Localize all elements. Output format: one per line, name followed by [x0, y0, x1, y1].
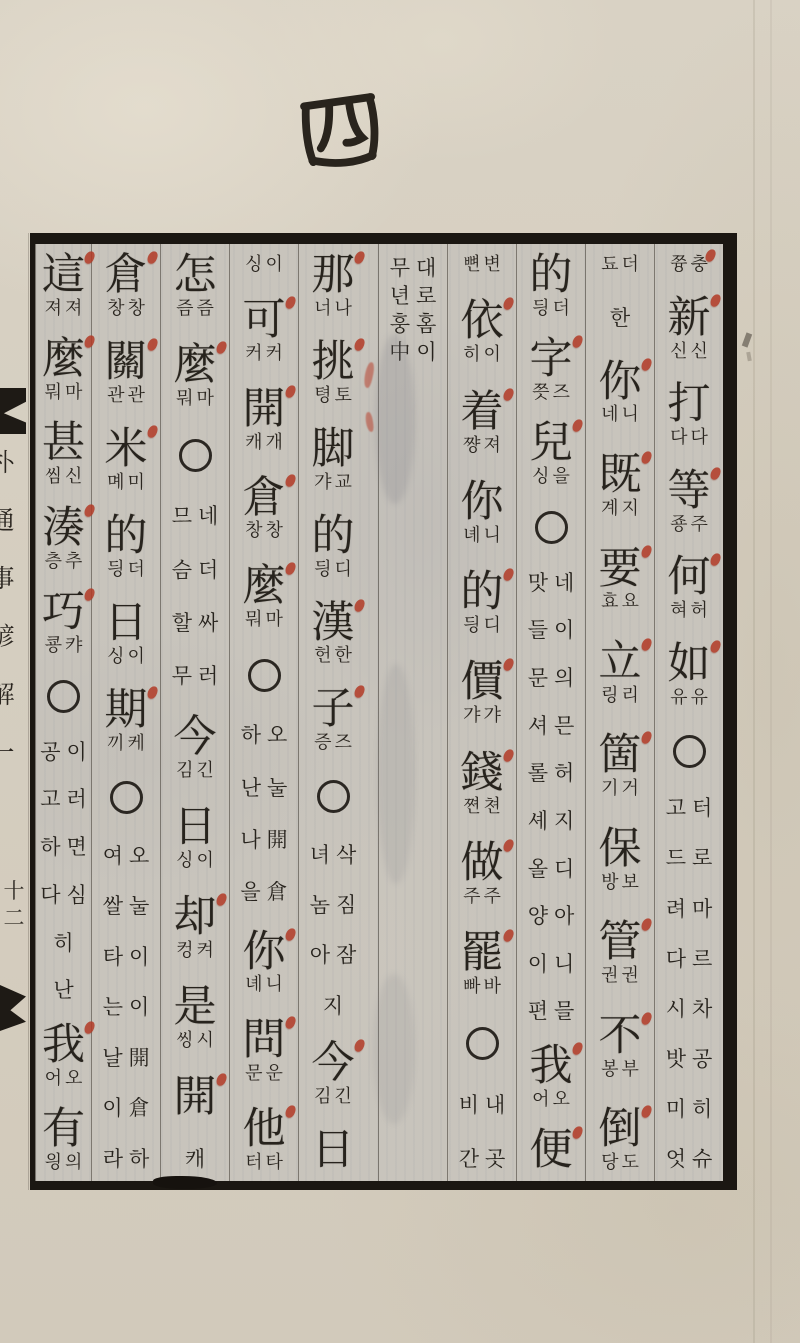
red-tone-mark	[640, 730, 653, 745]
hanzi-unit: 等죵주	[668, 470, 711, 535]
show-through-ghost	[375, 334, 415, 504]
hanzi-unit: 箇기거	[599, 734, 642, 799]
translation-pair: 하면	[40, 835, 87, 859]
translation-syllable: 하	[40, 835, 60, 859]
translation-syllable: 믈	[554, 999, 574, 1023]
translation-pair: 나開	[240, 828, 287, 852]
translation-syllable: 開	[129, 1046, 150, 1070]
gloss-syllable: 창	[245, 521, 262, 541]
gloss-syllable: 딍	[463, 616, 480, 636]
hanzi-char: 開	[243, 388, 286, 432]
translation-pair: 다심	[40, 883, 87, 907]
red-tone-mark	[215, 1072, 228, 1087]
gloss-syllable: 빠	[463, 977, 480, 997]
translation-syllable: 고	[666, 796, 686, 820]
red-tone-mark	[284, 384, 297, 399]
gloss-syllable: 기	[601, 779, 618, 799]
translation-syllable: 로	[692, 846, 712, 870]
circle-separator	[535, 511, 568, 544]
gloss-syllable: 이	[266, 255, 283, 275]
reading-gloss: 딍디	[463, 616, 501, 636]
reading-gloss: 네니	[601, 405, 639, 425]
gloss-syllable: 도	[622, 1153, 639, 1173]
translation-syllable: 공	[692, 1047, 712, 1071]
gloss-syllable: 더	[622, 255, 639, 275]
translation-syllable: 면	[67, 835, 87, 859]
translation-pair: 비내	[459, 1093, 506, 1117]
gloss-syllable: 지	[622, 499, 639, 519]
red-tone-mark	[284, 1015, 297, 1030]
translation-pair: 할싸	[172, 611, 219, 635]
hanzi-unit: 的딍더	[105, 515, 148, 580]
hanzi-unit: 既계지	[599, 454, 642, 519]
reading-gloss: 녜니	[245, 975, 283, 995]
hanzi-char: 問	[243, 1019, 286, 1063]
translation-syllable: 문	[528, 666, 548, 690]
center-gutter	[367, 244, 378, 1181]
reading-gloss: 씽시	[176, 1031, 214, 1051]
page-number	[293, 88, 389, 174]
reading-gloss: 어오	[45, 1069, 83, 1089]
red-tone-mark	[502, 296, 515, 311]
translation-pair: 맛네	[528, 571, 575, 595]
gloss-syllable: 신	[691, 342, 708, 362]
gloss-syllable: 김	[314, 1087, 331, 1107]
translation-syllable: 올	[528, 857, 548, 881]
translation-pair: 양아	[528, 904, 575, 928]
gloss-syllable: 이	[484, 345, 501, 365]
hanzi-unit: 錢쪈쳔	[461, 752, 504, 817]
gloss-syllable: 딍	[314, 560, 331, 580]
translation-syllable: 대	[416, 256, 436, 280]
hanzi-unit: 保방보	[599, 828, 642, 893]
translation-syllable: 편	[528, 999, 548, 1023]
hanzi-unit: 不봉부	[599, 1015, 642, 1080]
hanzi-unit: 要효요	[599, 548, 642, 613]
red-tone-mark	[146, 424, 159, 439]
hanzi-char: 關	[105, 341, 148, 385]
fishtail-ornament-icon	[0, 985, 26, 1031]
translation-syllable: 로	[416, 284, 436, 308]
gloss-syllable: 딍	[532, 299, 549, 319]
translation-syllable: 허	[554, 761, 574, 785]
translation-syllable: 셔	[528, 714, 548, 738]
hanzi-char: 今	[174, 716, 217, 760]
translation-syllable: 엇	[666, 1147, 686, 1171]
hanzi-unit: 漢헌한	[312, 602, 355, 667]
reading-gloss: 컹켜	[176, 941, 214, 961]
ink-blob	[153, 1176, 217, 1189]
gloss-syllable: 터	[245, 1153, 262, 1173]
hanzi-unit: 麼뭐마	[243, 565, 286, 630]
reading-gloss: 방보	[601, 873, 639, 893]
hanzi-unit: 這져져	[42, 254, 85, 319]
translation-syllable: 네	[198, 504, 218, 528]
reading-gloss: 관관	[107, 386, 145, 406]
show-through-ghost	[377, 664, 415, 884]
gloss-syllable: 뭐	[45, 383, 62, 403]
hanzi-unit: 脚갸교	[312, 428, 355, 493]
translation-pair: 셔믄	[528, 714, 575, 738]
hanzi-char: 的	[105, 515, 148, 559]
translation-pair: 훙홈	[390, 312, 437, 336]
reading-gloss: 쿙캬	[45, 636, 83, 656]
hanzi-char: 新	[668, 297, 711, 341]
hanzi-char: 却	[174, 896, 217, 940]
translation-syllable: 눌	[267, 776, 287, 800]
hanzi-char: 罷	[461, 932, 504, 976]
translation-syllable: 이	[129, 945, 149, 969]
translation-syllable: 간	[459, 1147, 479, 1171]
reading-gloss: 싱이	[176, 851, 214, 871]
gloss-syllable: 긴	[197, 761, 214, 781]
hanzi-unit: 的딍더	[530, 254, 573, 319]
reading-gloss: 터타	[245, 1153, 283, 1173]
hanzi-char: 你	[243, 931, 286, 975]
reading-gloss: 즘즘	[176, 299, 214, 319]
translation-syllable: 들	[528, 618, 548, 642]
hanzi-unit: 兒싱을	[530, 422, 573, 487]
reading-gloss: 됴더	[601, 255, 639, 275]
hanzi-char: 開	[174, 1076, 217, 1120]
hanzi-unit: 倒당도	[599, 1108, 642, 1173]
gloss-syllable: 교	[335, 473, 352, 493]
red-tone-mark	[709, 552, 722, 567]
reading-gloss: 다다	[670, 428, 708, 448]
text-column-1: 쯍충新신신打다다等죵주何혀허如유유고터드로려마다르시차밧공미히엇슈	[654, 244, 723, 1181]
red-tone-mark	[215, 340, 228, 355]
hanzi-unit: 子증즈	[312, 688, 355, 753]
translation-pair: 므네	[172, 504, 219, 528]
hanzi-unit: 挑텽토	[312, 341, 355, 406]
translation-pair: 날開	[102, 1046, 149, 1070]
reading-gloss: 갸교	[314, 473, 352, 493]
gloss-syllable: 시	[197, 1031, 214, 1051]
hanzi-char: 不	[599, 1015, 642, 1059]
red-tone-mark	[571, 1125, 584, 1140]
gloss-syllable: 층	[45, 552, 62, 572]
red-tone-mark	[571, 334, 584, 349]
translation-syllable: 녀	[310, 843, 330, 867]
translation-syllable: 을	[240, 880, 260, 904]
gloss-syllable: 문	[245, 1064, 262, 1084]
red-tone-mark	[704, 248, 717, 263]
translation-syllable: 난	[241, 776, 261, 800]
hanzi-unit: 立링리	[599, 641, 642, 706]
gloss-syllable: 져	[484, 436, 501, 456]
reading-gloss: 져져	[45, 299, 83, 319]
gloss-syllable: 너	[314, 299, 331, 319]
translation-syllable: 지	[323, 994, 343, 1018]
gloss-syllable: 보	[622, 873, 639, 893]
translation-syllable: 이	[416, 340, 436, 364]
hanzi-unit: 倉창창	[243, 477, 286, 542]
hanzi-char: 今	[312, 1042, 355, 1086]
hanzi-unit: 便	[530, 1129, 573, 1173]
reading-gloss: 당도	[601, 1153, 639, 1173]
hanzi-unit: 日	[312, 1129, 355, 1173]
translation-pair: 편믈	[528, 999, 575, 1023]
red-tone-mark	[353, 337, 366, 352]
spine-leaf-number: 十二	[1, 878, 27, 933]
translation-pair: 여오	[103, 844, 150, 868]
translation-pair: 쌀눌	[103, 894, 150, 918]
reading-gloss: 주주	[463, 887, 501, 907]
gloss-syllable: 을	[553, 467, 570, 487]
hanzi-unit: 做주주	[461, 842, 504, 907]
hanzi-unit: 何혀허	[668, 556, 711, 621]
translation-syllable: 이	[102, 1096, 122, 1120]
gloss-syllable: 창	[266, 521, 283, 541]
gloss-syllable: 쳔	[484, 797, 501, 817]
hanzi-unit: 麼뭐마	[42, 338, 85, 403]
reading-gloss: 봉부	[601, 1060, 639, 1080]
translation-pair: 문의	[528, 666, 575, 690]
circle-separator	[248, 659, 281, 692]
gloss-syllable: 갸	[314, 473, 331, 493]
red-tone-mark	[640, 917, 653, 932]
translation-syllable: 내	[485, 1093, 505, 1117]
red-tone-mark	[640, 450, 653, 465]
translation-pair: 슴더	[172, 558, 219, 582]
hanzi-char: 湊	[42, 507, 85, 551]
hanzi-char: 倒	[599, 1108, 642, 1152]
gloss-syllable: 싱	[176, 851, 193, 871]
translation-syllable: 라	[103, 1147, 123, 1171]
translation-pair: 을倉	[240, 880, 287, 904]
hanzi-char: 立	[599, 641, 642, 685]
hanzi-char: 便	[530, 1129, 573, 1173]
red-tone-mark	[571, 1041, 584, 1056]
red-tone-mark	[502, 838, 515, 853]
reading-gloss: 쪈쳔	[463, 797, 501, 817]
gloss-syllable: 뼌	[463, 255, 480, 275]
translation-pair: 간곳	[459, 1147, 506, 1171]
paper-crease	[770, 0, 772, 1343]
translation-syllable: 려	[666, 897, 686, 921]
gloss-syllable: 리	[622, 686, 639, 706]
gloss-syllable: 주	[484, 887, 501, 907]
translation-syllable: 하	[129, 1147, 149, 1171]
translation-syllable: 삭	[336, 843, 356, 867]
reading-gloss: 창창	[245, 521, 283, 541]
gloss-syllable: 몌	[107, 473, 124, 493]
translation-syllable: 한	[610, 306, 630, 330]
translation-syllable: 아	[310, 943, 330, 967]
text-column-9: 倉창창關관관米몌미的딍더日싱이期끼케여오쌀눌타이는이날開이倉라하	[91, 244, 160, 1181]
translation-syllable: 오	[267, 723, 287, 747]
reading-gloss: 싱을	[532, 467, 570, 487]
reading-gloss: 히이	[463, 345, 501, 365]
gloss-syllable: 쪈	[463, 797, 480, 817]
red-tone-mark	[709, 293, 722, 308]
gloss-syllable: 싱	[107, 647, 124, 667]
red-tone-mark	[502, 567, 515, 582]
translation-syllable: 이	[528, 952, 548, 976]
hanzi-char: 那	[312, 254, 355, 298]
translation-syllable: 마	[692, 897, 712, 921]
gloss-syllable: 타	[266, 1153, 283, 1173]
gloss-syllable: 창	[107, 299, 124, 319]
translation-syllable: 슈	[692, 1147, 712, 1171]
spine-title-char: 事	[0, 559, 17, 595]
translation-syllable: 드	[666, 846, 686, 870]
translation-pair: 무러	[172, 664, 219, 688]
hanzi-unit: 今김긴	[312, 1042, 355, 1107]
translation-pair: 들이	[528, 618, 575, 642]
gloss-syllable: 씽	[176, 1031, 193, 1051]
translation-pair: 고터	[666, 796, 713, 820]
gloss-syllable: 마	[197, 389, 214, 409]
hanzi-char: 麼	[42, 338, 85, 382]
gloss-syllable: 녜	[463, 526, 480, 546]
reading-gloss: 씸신	[45, 467, 83, 487]
gloss-syllable: 됴	[601, 255, 618, 275]
gloss-syllable: 니	[622, 405, 639, 425]
translation-syllable: 홈	[416, 312, 436, 336]
translation-syllable: 더	[198, 558, 218, 582]
translation-pair: 공이	[40, 740, 87, 764]
translation-syllable: 차	[692, 997, 712, 1021]
text-column-6: 那너나挑텽토脚갸교的딍디漢헌한子증즈녀삭놈짐아잠지今김긴日	[298, 244, 367, 1181]
gloss-syllable: 증	[314, 733, 331, 753]
gloss-syllable: 다	[670, 428, 687, 448]
translation-pair: 는이	[103, 995, 150, 1019]
gloss-syllable: 헌	[314, 646, 331, 666]
reading-gloss: 뭐마	[45, 383, 83, 403]
circle-separator	[317, 780, 350, 813]
translation-syllable: 싸	[198, 611, 218, 635]
hanzi-unit: 開캐개	[243, 388, 286, 453]
hanzi-char: 字	[530, 338, 573, 382]
red-tone-mark	[640, 637, 653, 652]
gloss-syllable: 즘	[197, 299, 214, 319]
gloss-syllable: 권	[622, 966, 639, 986]
hanzi-unit: 依히이	[461, 300, 504, 365]
translation-syllable: 다	[40, 883, 60, 907]
hanzi-char: 甚	[42, 422, 85, 466]
reading-gloss: 커커	[245, 344, 283, 364]
hanzi-unit: 湊층추	[42, 507, 85, 572]
translation-syllable: 倉	[267, 880, 288, 904]
translation-syllable: 눌	[129, 894, 149, 918]
translation-syllable: 아	[554, 904, 574, 928]
red-tone-mark	[502, 748, 515, 763]
red-tone-mark	[640, 1011, 653, 1026]
hanzi-unit: 如유유	[668, 643, 711, 708]
gloss-syllable: 계	[601, 499, 618, 519]
hanzi-unit: 着쨩져	[461, 391, 504, 456]
reading-gloss: 신신	[670, 342, 708, 362]
hanzi-char: 依	[461, 300, 504, 344]
translation-pair: 아잠	[310, 943, 357, 967]
stray-mark	[742, 332, 752, 347]
hanzi-unit: 那너나	[312, 254, 355, 319]
gloss-syllable: 더	[128, 560, 145, 580]
gloss-syllable: 신	[65, 467, 82, 487]
hanzi-char: 的	[530, 254, 573, 298]
gloss-syllable: 개	[266, 433, 283, 453]
spine-title-char: 一	[0, 733, 17, 769]
gloss-syllable: 주	[691, 515, 708, 535]
translation-syllable: 곳	[485, 1147, 505, 1171]
reading-gloss: 계지	[601, 499, 639, 519]
gloss-syllable: 텽	[314, 386, 331, 406]
hanzi-unit: 的딍디	[312, 515, 355, 580]
reading-gloss: 혀허	[670, 601, 708, 621]
translation-syllable: 밧	[666, 1047, 686, 1071]
reading-gloss: 쨩져	[463, 436, 501, 456]
translation-pair: 이倉	[102, 1096, 149, 1120]
hanzi-char: 怎	[174, 254, 217, 298]
reading-gloss: 갸갸	[463, 706, 501, 726]
translation-pair: 미히	[666, 1097, 713, 1121]
reading-gloss: 김긴	[314, 1087, 352, 1107]
translation-syllable: 는	[103, 995, 123, 1019]
gloss-syllable: 져	[65, 299, 82, 319]
red-tone-mark	[502, 928, 515, 943]
reading-gloss: 권권	[601, 966, 639, 986]
reading-gloss: 읭의	[45, 1153, 83, 1173]
gloss-syllable: 니	[266, 975, 283, 995]
hanzi-unit: 日싱이	[174, 806, 217, 871]
translation-syllable: 무	[172, 664, 192, 688]
gloss-syllable: 마	[65, 383, 82, 403]
gloss-syllable: 창	[128, 299, 145, 319]
translation-syllable: 믄	[554, 714, 574, 738]
translation-syllable: 네	[554, 571, 574, 595]
hanzi-unit: 關관관	[105, 341, 148, 406]
gloss-syllable: 마	[266, 610, 283, 630]
hanzi-char: 子	[312, 688, 355, 732]
hanzi-char: 我	[42, 1024, 85, 1068]
gloss-syllable: 이	[197, 851, 214, 871]
hanzi-char: 兒	[530, 422, 573, 466]
hanzi-unit: 管권권	[599, 921, 642, 986]
spine-title-char: 解	[0, 675, 17, 711]
gloss-syllable: 운	[266, 1064, 283, 1084]
translation-syllable: 나	[240, 828, 260, 852]
reading-gloss: 문운	[245, 1064, 283, 1084]
text-column-4: 뼌변依히이着쨩져你녜니的딍디價갸갸錢쪈쳔做주주罷빠바비내간곳	[447, 244, 516, 1181]
gloss-syllable: 커	[245, 344, 262, 364]
hanzi-char: 打	[668, 383, 711, 427]
translation-syllable: 러	[198, 664, 218, 688]
show-through-ghost	[373, 974, 415, 1124]
translation-syllable: 훙	[390, 312, 410, 336]
gloss-syllable: 쿙	[45, 636, 62, 656]
gloss-syllable: 봉	[601, 1060, 618, 1080]
red-tone-mark	[284, 926, 297, 941]
translation-syllable: 짐	[336, 893, 356, 917]
gloss-syllable: 당	[601, 1153, 618, 1173]
reading-gloss: 쯍충	[670, 255, 708, 275]
translation-syllable: 르	[692, 947, 712, 971]
translation-pair: 놈짐	[310, 893, 357, 917]
spine-title-char: 朴	[0, 443, 17, 479]
translation-syllable: 의	[554, 666, 574, 690]
hanzi-unit: 開	[174, 1076, 217, 1120]
hanzi-char: 你	[599, 361, 642, 405]
translation-syllable: 터	[692, 796, 712, 820]
reading-gloss: 김긴	[176, 761, 214, 781]
translation-syllable: 비	[459, 1093, 479, 1117]
gloss-syllable: 효	[601, 592, 618, 612]
translation-syllable: 니	[554, 952, 574, 976]
reading-gloss: 싱이	[107, 647, 145, 667]
gloss-syllable: 끼	[107, 734, 124, 754]
gloss-syllable: 나	[335, 299, 352, 319]
